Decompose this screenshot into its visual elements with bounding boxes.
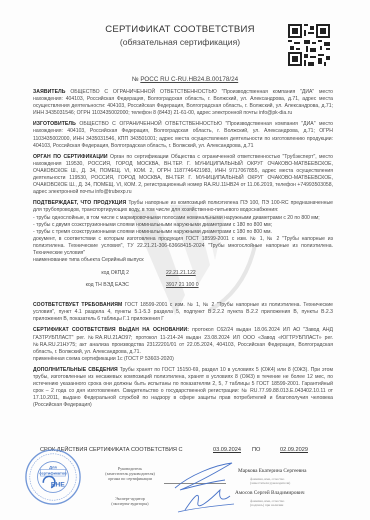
section-additional: ДОПОЛНИТЕЛЬНЫЕ СВЕДЕНИЯ Трубы хранят по … <box>33 367 333 410</box>
product-standard-text: документ, в соответствии с которым изгот… <box>33 236 333 257</box>
head-name-caption: фамилия, имя, отчество (заместителя руко… <box>250 477 310 485</box>
section-certification-body: ОРГАН ПО СЕРТИФИКАЦИИ Орган по сертифика… <box>33 154 333 197</box>
head-role-label: Руководитель (заместитель руководителя) … <box>100 466 160 481</box>
validity-period: СРОК ДЕЙСТВИЯ СЕРТИФИКАТА СООТВЕТСТВИЯ С… <box>40 447 330 453</box>
validity-to-date: 02.09.2029 <box>280 447 308 453</box>
product-item: - трубы с двумя соэкструзионными слоями … <box>33 222 333 229</box>
caption-line: (заместителя руководителя) <box>250 481 310 485</box>
certification-body-label: ОРГАН ПО СЕРТИФИКАЦИИ <box>33 154 108 160</box>
head-signatory-name: Маркова Екатерина Сергеевна <box>238 468 306 474</box>
certificate-page: СЕРТИФИКАТ СООТВЕТСТВИЯ (обязательная се… <box>0 0 370 520</box>
caption-line: (подпись) при наличии <box>250 503 310 507</box>
expert-signatory-name: Амосов Сергей Владимирович <box>235 490 305 496</box>
certification-stamp-icon: Для сертификатов EHE <box>24 448 82 506</box>
product-item: - трубы с тремя соэкструзионными слоями … <box>33 229 333 236</box>
manufacturer-text: ОБЩЕСТВО С ОГРАНИЧЕННОЙ ОТВЕТСТВЕННОСТЬЮ… <box>33 121 333 148</box>
section-complies: СООТВЕТСТВУЕТ ТРЕБОВАНИЯМ ГОСТ 18599-200… <box>33 302 333 323</box>
tnved-label: код ТН ВЭД ЕАЭС <box>33 282 129 289</box>
number-prefix: № <box>132 76 139 83</box>
tnved-value: 3917 21 100 0 <box>166 282 199 289</box>
additional-label: ДОПОЛНИТЕЛЬНЫЕ СВЕДЕНИЯ <box>33 367 118 373</box>
object-type-text: наименование типа объекта Серийный выпус… <box>33 257 333 264</box>
expert-role-label: Эксперт-аудитор (эксперты-аудиторы) <box>95 496 165 506</box>
signature-scribble-icon <box>170 460 240 518</box>
certification-scheme-text: применённая схема сертификации 1с (ГОСТ … <box>33 356 174 362</box>
svg-text:Для: Для <box>49 465 56 469</box>
product-item: - трубы однослойные, в том числе с марки… <box>33 215 333 222</box>
okpd2-label: код ОКПД 2 <box>33 270 129 277</box>
manufacturer-label: ИЗГОТОВИТЕЛЬ <box>33 121 76 127</box>
applicant-text: ОБЩЕСТВО С ОГРАНИЧЕННОЙ ОТВЕТСТВЕННОСТЬЮ… <box>33 89 333 116</box>
okpd2-value: 22.21.21.122 <box>166 270 196 277</box>
certificate-body: ЗАЯВИТЕЛЬ ОБЩЕСТВО С ОГРАНИЧЕННОЙ ОТВЕТС… <box>33 89 333 413</box>
head-label-line: органа по сертификации <box>100 476 160 481</box>
validity-from-date: 03.09.2024 <box>213 447 241 453</box>
issued-basis-label: СЕРТИФИКАТ СООТВЕТСТВИЯ ВЫДАН НА ОСНОВАН… <box>33 327 189 333</box>
expert-name-caption: фамилия, имя, отчество (подпись) при нал… <box>250 499 310 507</box>
svg-text:EHE: EHE <box>51 482 65 489</box>
confirms-label: ПОДТВЕРЖДАЕТ, ЧТО ПРОДУКЦИЯ <box>33 200 126 206</box>
validity-to-label: ПО <box>252 447 260 453</box>
section-issued-basis: СЕРТИФИКАТ СООТВЕТСТВИЯ ВЫДАН НА ОСНОВАН… <box>33 327 333 362</box>
expert-label-line: (эксперты-аудиторы) <box>95 501 165 506</box>
number-value: РОСС RU С-RU.НВ24.В.00178/24 <box>140 76 238 83</box>
svg-text:сертификатов: сертификатов <box>39 472 67 476</box>
applicant-label: ЗАЯВИТЕЛЬ <box>33 89 66 95</box>
complies-label: СООТВЕТСТВУЕТ ТРЕБОВАНИЯМ <box>33 302 122 308</box>
qr-code-icon[interactable] <box>288 24 330 66</box>
certificate-number: № РОСС RU С-RU.НВ24.В.00178/24 <box>0 76 370 83</box>
additional-text: Трубы хранят по ГОСТ 15150-69, раздел 10… <box>33 367 333 408</box>
certification-body-text: Орган по сертификации Общества с огранич… <box>33 154 333 195</box>
section-applicant: ЗАЯВИТЕЛЬ ОБЩЕСТВО С ОГРАНИЧЕННОЙ ОТВЕТС… <box>33 89 333 117</box>
section-manufacturer: ИЗГОТОВИТЕЛЬ ОБЩЕСТВО С ОГРАНИЧЕННОЙ ОТВ… <box>33 121 333 149</box>
section-confirms: ПОДТВЕРЖДАЕТ, ЧТО ПРОДУКЦИЯ Трубы напорн… <box>33 200 333 298</box>
product-codes: код ОКПД 2 22.21.21.122 код ТН ВЭД ЕАЭС … <box>33 270 333 298</box>
